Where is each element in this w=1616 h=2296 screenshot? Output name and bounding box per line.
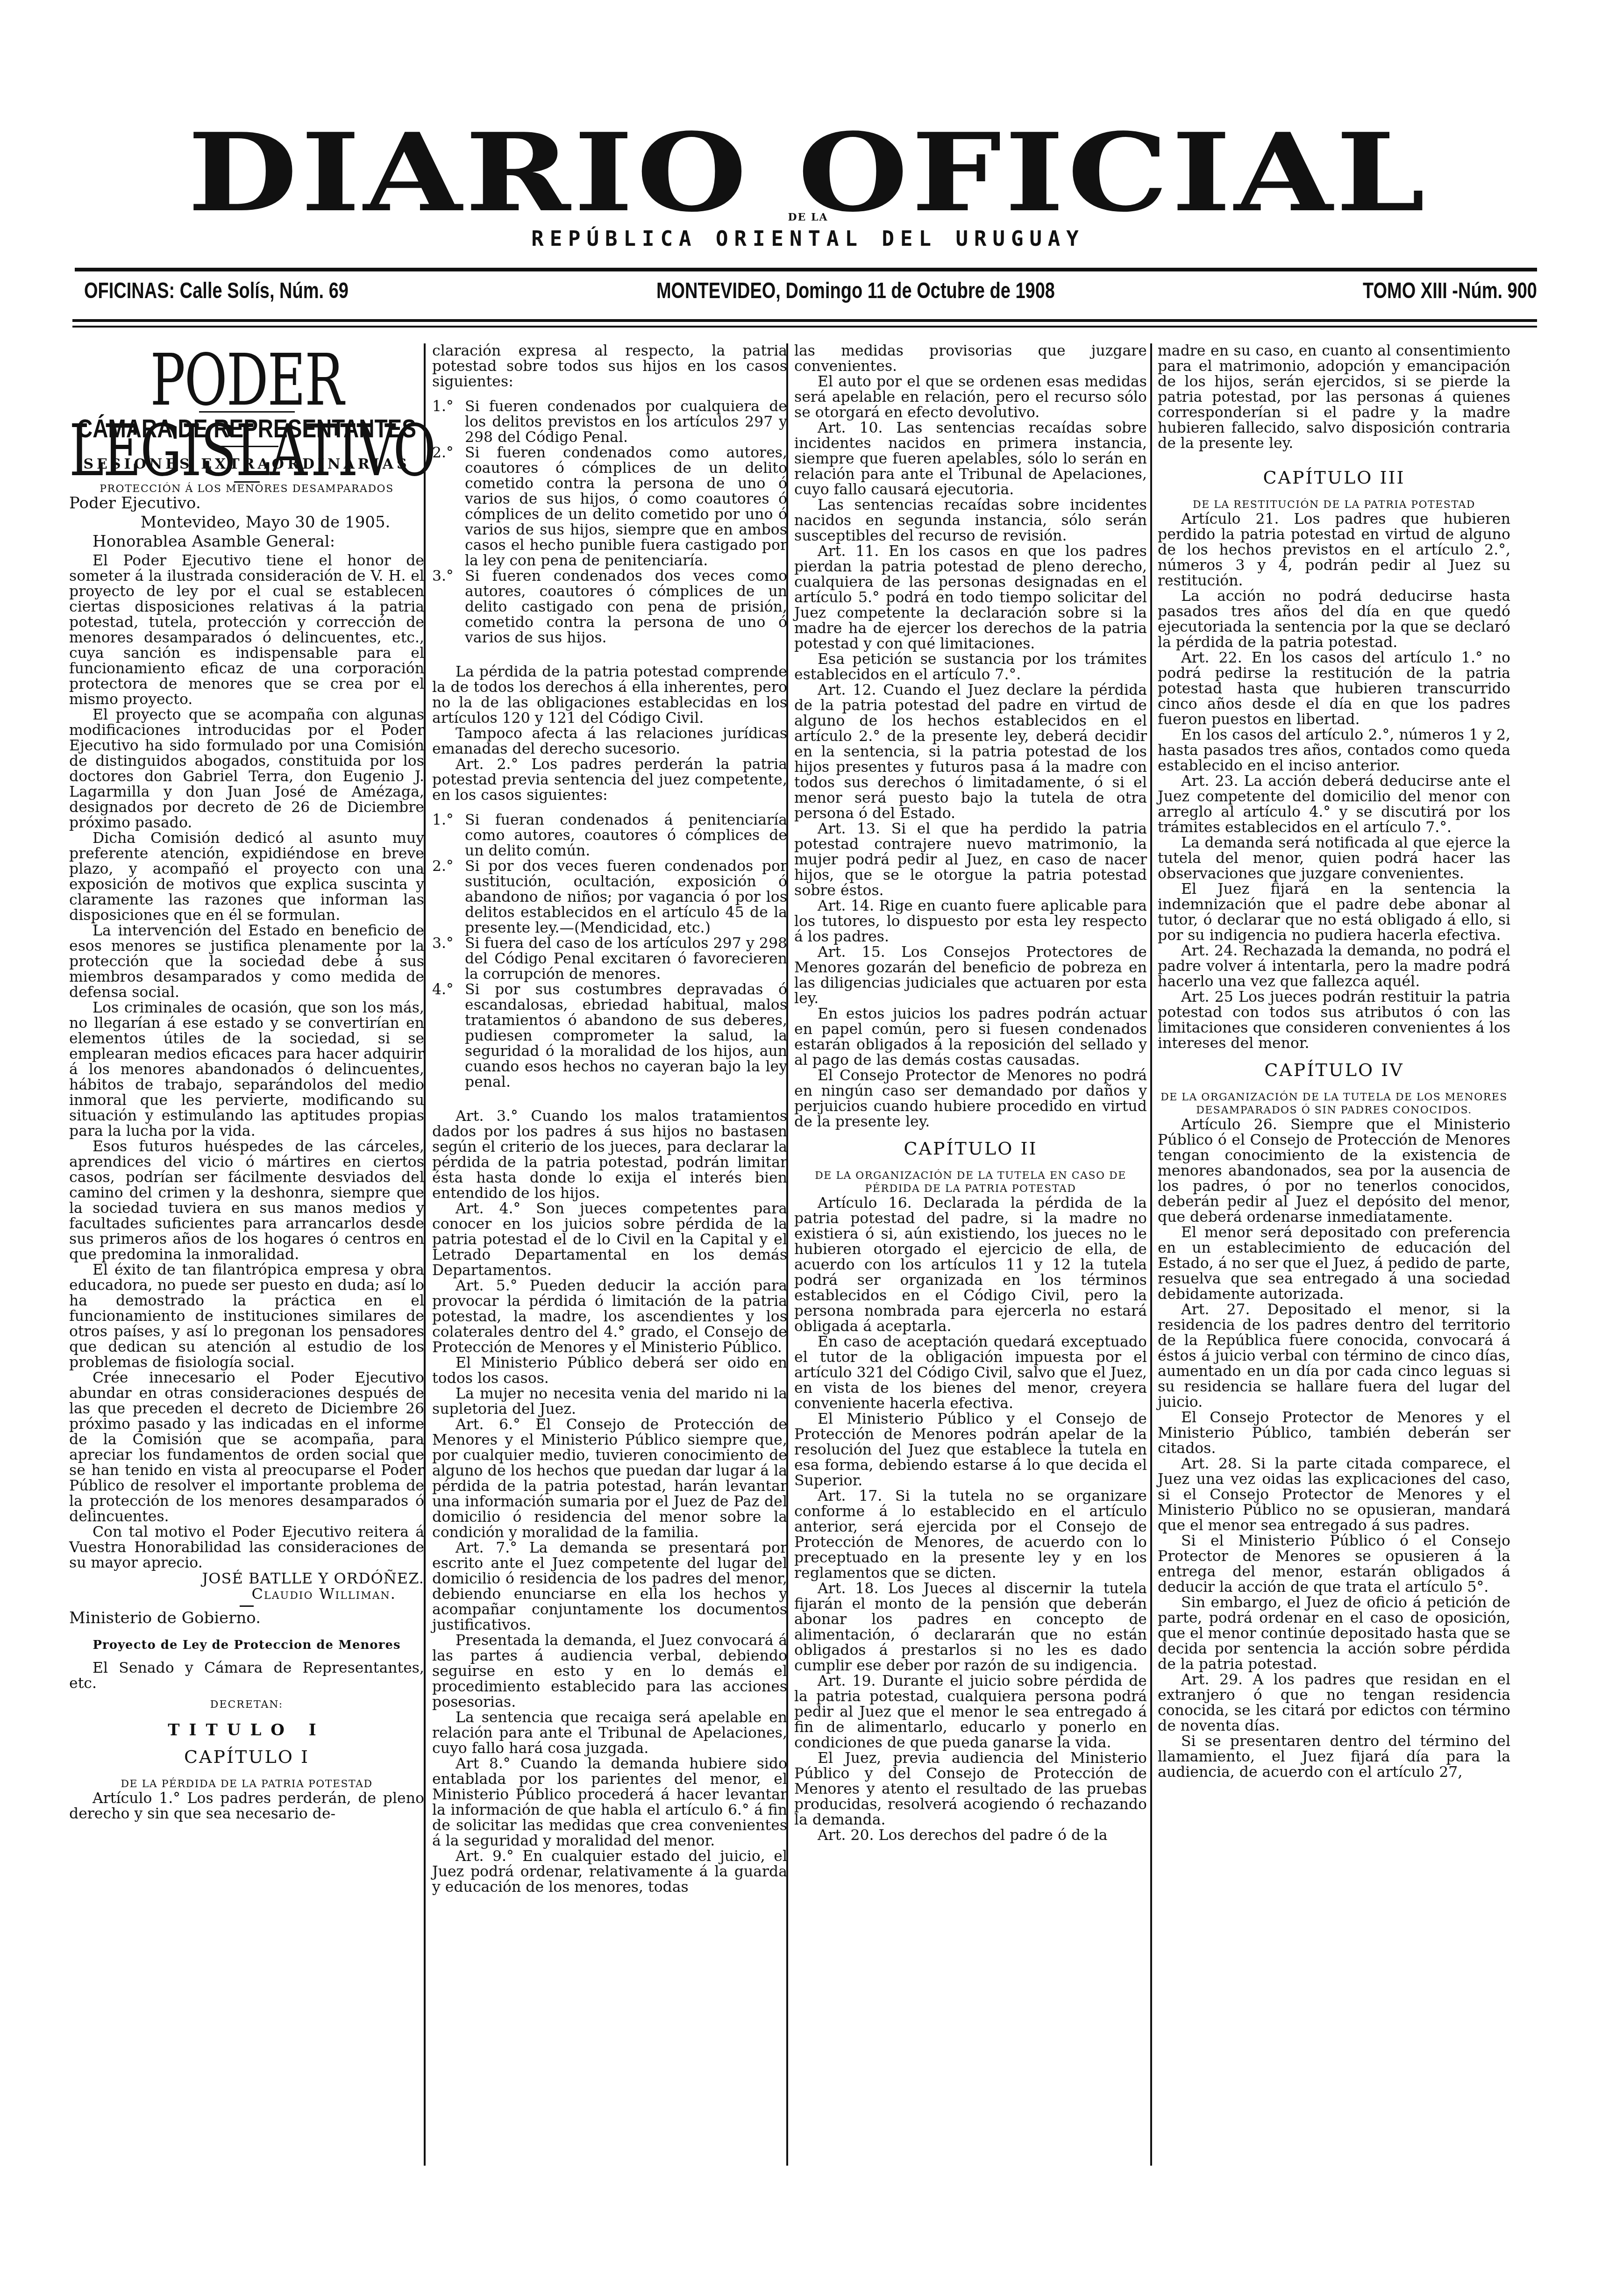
column-1: PODER LEGISLATIVO CÁMARA DE REPRESENTANT… (69, 343, 424, 1822)
article-11: Art. 11. En los casos en que los padres … (794, 544, 1147, 652)
paragraph: En caso de aceptación quedará exceptuado… (794, 1334, 1147, 1412)
paragraph: El proyecto que se acompaña con algunas … (69, 707, 424, 831)
paragraph: El Juez, previa audiencia del Ministerio… (794, 1751, 1147, 1828)
list-item: 2.°Si fueren condenados como autores, co… (432, 445, 787, 569)
paragraph: La demanda será notificada al que ejerce… (1158, 835, 1510, 882)
list-item: 2.°Si por dos veces fueren condenados po… (432, 859, 787, 936)
article-26: Artículo 26. Siempre que el Ministerio P… (1158, 1117, 1510, 1225)
paragraph: El Consejo Protector de Menores y el Min… (1158, 1410, 1510, 1456)
list-item: 3.°Si fueren condenados dos veces como a… (432, 569, 787, 646)
paragraph: El éxito de tan filantrópica empresa y o… (69, 1262, 424, 1370)
article-15: Art. 15. Los Consejos Protectores de Men… (794, 945, 1147, 1006)
title-connector: DE LA (0, 211, 1616, 223)
paragraph: madre en su caso, en cuanto al consentim… (1158, 343, 1510, 451)
paragraph: Dicha Comisión dedicó al asunto muy pref… (69, 831, 424, 923)
article-8: Art 8.° Cuando la demanda hubiere sido e… (432, 1756, 787, 1849)
article-4: Art. 4.° Son jueces competentes para con… (432, 1201, 787, 1278)
bill-title: Proyecto de Ley de Proteccion de Menores (69, 1638, 424, 1652)
section-heading: PODER LEGISLATIVO (69, 345, 424, 418)
column-2: claración expresa al respecto, la patria… (432, 343, 787, 1895)
masthead-rule-lower-2 (72, 326, 1537, 328)
chapter-heading: CAPÍTULO II (794, 1141, 1147, 1156)
paragraph: La pérdida de la patria potestad compren… (432, 664, 787, 726)
list-item: 3.°Si fuera del caso de los artículos 29… (432, 936, 787, 982)
paragraph: Las sentencias recaídas sobre incidentes… (794, 498, 1147, 544)
paragraph: La sentencia que recaiga será apelable e… (432, 1710, 787, 1756)
article-2: Art. 2.° Los padres perderán la patria p… (432, 757, 787, 803)
paragraph: En los casos del artículo 2.°, números 1… (1158, 727, 1510, 774)
article-25: Art. 25 Los jueces podrán restituir la p… (1158, 990, 1510, 1051)
article-28: Art. 28. Si la parte citada comparece, e… (1158, 1456, 1510, 1533)
article-23: Art. 23. La acción deberá deducirse ante… (1158, 774, 1510, 835)
paragraph: Presentada la demanda, el Juez convocará… (432, 1633, 787, 1710)
chapter-heading: CAPÍTULO IV (1158, 1062, 1510, 1078)
column-4: madre en su caso, en cuanto al consentim… (1158, 343, 1510, 1780)
paragraph: claración expresa al respecto, la patria… (432, 343, 787, 390)
article-9: Art. 9.° En cualquier estado del juicio,… (432, 1849, 787, 1895)
volume-number: TOMO XIII -Núm. 900 (1363, 279, 1537, 308)
dateline: MONTEVIDEO, Domingo 11 de Octubre de 190… (656, 279, 1055, 308)
newspaper-title: DIARIO OFICIAL (0, 119, 1616, 227)
article-5: Art. 5.° Pueden deducir la acción para p… (432, 1278, 787, 1355)
chapter-subtitle: DE LA ORGANIZACIÓN DE LA TUTELA EN CASO … (794, 1169, 1147, 1196)
article-6: Art. 6.° El Consejo de Protección de Men… (432, 1417, 787, 1540)
article-22: Art. 22. En los casos del artículo 1.° n… (1158, 650, 1510, 727)
paragraph: las medidas provisorias que juzgare conv… (794, 343, 1147, 374)
chapter-heading: CAPÍTULO III (1158, 470, 1510, 485)
signature-president: JOSÉ BATLLE Y ORDÓÑEZ. (69, 1571, 424, 1586)
masthead-rule-lower (72, 319, 1537, 322)
article-10: Art. 10. Las sentencias recaídas sobre i… (794, 421, 1147, 498)
paragraph: Si el Ministerio Público ó el Consejo Pr… (1158, 1533, 1510, 1595)
paragraph: Con tal motivo el Poder Ejecutivo reiter… (69, 1525, 424, 1571)
paragraph: El Consejo Protector de Menores no podrá… (794, 1068, 1147, 1130)
masthead: DIARIO OFICIAL DE LA REPÚBLICA ORIENTAL … (0, 0, 1616, 327)
article-16: Artículo 16. Declarada la pérdida de la … (794, 1196, 1147, 1334)
offices-address: OFICINAS: Calle Solís, Núm. 69 (84, 279, 349, 308)
list-item: 1.°Si fueran condenados á penitenciaría … (432, 813, 787, 859)
article-29: Art. 29. A los padres que residan en el … (1158, 1672, 1510, 1734)
chamber-heading: CÁMARA DE REPRESENTANTES (69, 420, 424, 438)
article-14: Art. 14. Rige en cuanto fuere aplicable … (794, 898, 1147, 945)
article-12: Art. 12. Cuando el Juez declare la pérdi… (794, 683, 1147, 821)
paragraph: Si se presentaren dentro del término del… (1158, 1734, 1510, 1780)
article-1: Artículo 1.° Los padres perderán, de ple… (69, 1791, 424, 1822)
sender-line: Poder Ejecutivo. (69, 496, 424, 511)
article-21: Artículo 21. Los padres que hubieren per… (1158, 512, 1510, 589)
article-7: Art. 7.° La demanda se presentará por es… (432, 1540, 787, 1633)
paragraph: En estos juicios los padres podrán actua… (794, 1006, 1147, 1068)
column-3: las medidas provisorias que juzgare conv… (794, 343, 1147, 1843)
article-20: Art. 20. Los derechos del padre ó de la (794, 1828, 1147, 1843)
paragraph: El Ministerio Público y el Consejo de Pr… (794, 1412, 1147, 1489)
article-1-list: 1.°Si fueren condenados por cualquiera d… (432, 399, 787, 646)
title-heading: TITULO I (69, 1723, 424, 1738)
article-19: Art. 19. Durante el juicio sobre pérdida… (794, 1674, 1147, 1751)
chapter-subtitle: DE LA PÉRDIDA DE LA PATRIA POTESTAD (69, 1778, 424, 1791)
salutation: Honorablea Asamble General: (69, 534, 424, 549)
paragraph: El Poder Ejecutivo tiene el honor de som… (69, 553, 424, 707)
article-2-list: 1.°Si fueran condenados á penitenciaría … (432, 813, 787, 1090)
divider (240, 1605, 254, 1607)
chapter-subtitle: DE LA RESTITUCIÓN DE LA PATRIA POTESTAD (1158, 499, 1510, 512)
article-24: Art. 24. Rechazada la demanda, no podrá … (1158, 943, 1510, 990)
signature-minister: Claudio Williman. (69, 1586, 424, 1602)
decretan-heading: DECRETAN: (69, 1697, 424, 1712)
paragraph: Tampoco afecta á las relaciones jurídica… (432, 726, 787, 757)
column-divider (1150, 343, 1152, 2166)
paragraph: La mujer no necesita venia del marido ni… (432, 1386, 787, 1417)
info-bar: OFICINAS: Calle Solís, Núm. 69 MONTEVIDE… (84, 279, 1537, 308)
chapter-subtitle: DE LA ORGANIZACIÓN DE LA TUTELA DE LOS M… (1158, 1091, 1510, 1117)
article-13: Art. 13. Si el que ha perdido la patria … (794, 821, 1147, 898)
list-item: 4.°Si por sus costumbres depravadas ó es… (432, 982, 787, 1090)
place-date: Montevideo, Mayo 30 de 1905. (69, 515, 424, 530)
paragraph: Crée innecesario el Poder Ejecutivo abun… (69, 1370, 424, 1525)
paragraph: El menor será depositado con preferencia… (1158, 1225, 1510, 1302)
paragraph: El auto por el que se ordenen esas medid… (794, 374, 1147, 421)
enacting-clause: El Senado y Cámara de Representantes, et… (69, 1661, 424, 1691)
paragraph: Sin embargo, el Juez de oficio á petició… (1158, 1595, 1510, 1672)
article-27: Art. 27. Depositado el menor, si la resi… (1158, 1302, 1510, 1410)
paragraph: Esa petición se sustancia por los trámit… (794, 652, 1147, 683)
article-17: Art. 17. Si la tutela no se organizare c… (794, 1489, 1147, 1581)
newspaper-subtitle: REPÚBLICA ORIENTAL DEL URUGUAY (0, 227, 1616, 251)
article-18: Art. 18. Los Jueces al discernir la tute… (794, 1581, 1147, 1674)
paragraph: El Juez fijará en la sentencia la indemn… (1158, 882, 1510, 943)
ministry-line: Ministerio de Gobierno. (69, 1611, 424, 1626)
paragraph: Esos futuros huéspedes de las cárceles, … (69, 1139, 424, 1262)
paragraph: La intervención del Estado en beneficio … (69, 923, 424, 1000)
paragraph: Los criminales de ocasión, que son los m… (69, 1000, 424, 1139)
article-3: Art. 3.° Cuando los malos tratamientos d… (432, 1109, 787, 1201)
paragraph: El Ministerio Público deberá ser oido en… (432, 1355, 787, 1386)
chapter-heading: CAPÍTULO I (69, 1749, 424, 1765)
masthead-rule (75, 268, 1537, 271)
paragraph: La acción no podrá deducirse hasta pasad… (1158, 589, 1510, 650)
list-item: 1.°Si fueren condenados por cualquiera d… (432, 399, 787, 445)
